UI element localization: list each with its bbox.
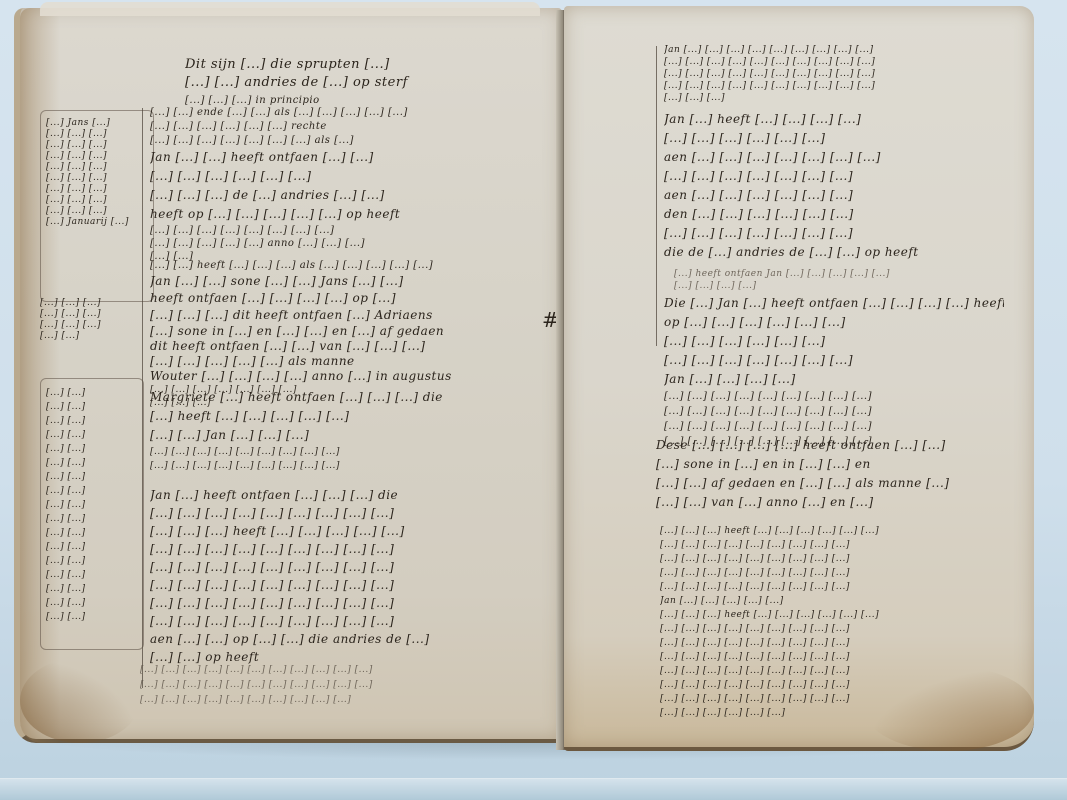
margin-note-mid: [...] [...] [...] [...] [...] [...] [...… — [40, 298, 140, 342]
text-line: [...] [...] af gedaen en [...] [...] als… — [656, 474, 996, 493]
text-line: [...] [...] [...] [...] [...] [...] [...… — [660, 650, 1020, 664]
text-line: dit heeft ontfaen [...] [...] van [...] … — [150, 339, 570, 354]
text-line: [...] [...] [...] [...] [...] [...] [...… — [664, 80, 1024, 92]
text-line: [...] [...] [...] [...] [...] [...] [...… — [150, 224, 545, 237]
text-line: [...] [...] — [40, 331, 140, 342]
text-line: [...] [...] — [46, 512, 138, 526]
text-line: op [...] [...] [...] [...] [...] [...] — [664, 313, 1004, 332]
text-line: Wouter [...] [...] [...] [...] anno [...… — [150, 369, 570, 384]
text-line: Jan [...] [...] [...] [...] [...] — [660, 594, 1020, 608]
right-top-notes: Jan [...] [...] [...] [...] [...] [...] … — [664, 44, 1024, 104]
right-entry-2: Die [...] Jan [...] heeft ontfaen [...] … — [664, 294, 1004, 449]
text-line: Die [...] Jan [...] heeft ontfaen [...] … — [664, 294, 1004, 313]
text-line: [...] Jans [...] — [46, 118, 146, 129]
text-line: [...] [...] [...] [...] [...] [...] [...… — [150, 134, 545, 148]
text-line: [...] [...] [...] — [46, 151, 146, 162]
text-line: [...] [...] [...] [...] [...] als manne — [150, 354, 570, 369]
paper-stain — [20, 658, 140, 743]
margin-notes-top: [...] Jans [...] [...] [...] [...] [...]… — [46, 118, 146, 228]
text-line: Dese [...] [...] [...] [...] heeft ontfa… — [656, 436, 996, 455]
text-line: Jan [...] [...] sone [...] [...] Jans [.… — [150, 273, 570, 290]
text-line: [...] [...] [...] — [46, 195, 146, 206]
text-line: heeft ontfaen [...] [...] [...] [...] op… — [150, 290, 570, 307]
text-line: aen [...] [...] [...] [...] [...] [...] — [664, 186, 1004, 205]
text-line: aen [...] [...] op [...] [...] die andri… — [150, 630, 570, 648]
text-line: [...] [...] [...] [...] [...] [...] [...… — [150, 576, 570, 594]
right-entry-3: Dese [...] [...] [...] [...] heeft ontfa… — [656, 436, 996, 512]
text-line: [...] [...] [...] [...] [...] [...] rech… — [150, 120, 545, 134]
text-line: [...] [...] [...] de [...] andries [...]… — [150, 186, 545, 205]
text-line: [...] [...] [...] [...] [...] [...] [...… — [664, 419, 1004, 434]
text-line: [...] [...] [...] [...] [...] [...] [...… — [140, 678, 560, 693]
text-line: [...] [...] [...] [...] [...] [...] [...… — [150, 612, 570, 630]
text-line: [...] [...] ende [...] [...] als [...] [… — [150, 106, 545, 120]
text-line: [...] [...] [...] [...] [...] [...] [...… — [140, 693, 560, 708]
torn-page-edge — [40, 2, 540, 16]
text-line: [...] [...] [...] [...] — [674, 280, 994, 292]
text-line: [...] [...] [...] [...] [...] [...] — [664, 129, 1004, 148]
text-line: [...] [...] — [46, 484, 138, 498]
text-line: [...] [...] [...] — [46, 140, 146, 151]
text-line: [...] [...] [...] [...] [...] [...] [...… — [150, 504, 570, 522]
right-margin-rule — [656, 46, 657, 346]
text-line: Jan [...] [...] heeft ontfaen [...] [...… — [150, 148, 545, 167]
text-line: [...] [...] — [46, 540, 138, 554]
text-line: [...] [...] [...] — [40, 320, 140, 331]
text-line: [...] [...] [...] [...] [...] [...] [...… — [660, 566, 1020, 580]
text-line: [...] [...] — [46, 470, 138, 484]
text-line: [...] [...] [...] — [46, 206, 146, 217]
text-line: [...] [...] van [...] anno [...] en [...… — [656, 493, 996, 512]
text-line: [...] [...] [...] — [40, 309, 140, 320]
text-line: [...] [...] [...] [...] [...] [...] [...… — [150, 445, 550, 459]
text-line: [...] [...] [...] [...] [...] [...] [...… — [150, 540, 570, 558]
text-line: [...] [...] [...] — [40, 298, 140, 309]
text-line: [...] [...] [...] [...] [...] [...] [...… — [664, 68, 1024, 80]
text-line: [...] [...] — [46, 456, 138, 470]
text-line: [...] [...] [...] [...] [...] [...] [...… — [664, 167, 1004, 186]
text-line: [...] heeft ontfaen Jan [...] [...] [...… — [674, 268, 994, 280]
text-line: Jan [...] [...] [...] [...] [...] [...] … — [664, 44, 1024, 56]
text-line: aen [...] [...] [...] [...] [...] [...] … — [664, 148, 1004, 167]
text-line: [...] [...] — [46, 582, 138, 596]
text-line: [...] [...] — [46, 400, 138, 414]
text-line: [...] [...] [...] [...] [...] [...] [...… — [660, 678, 1020, 692]
text-line: [...] [...] Jan [...] [...] [...] — [150, 426, 550, 445]
text-line: [...] [...] — [46, 498, 138, 512]
text-line: [...] [...] — [46, 554, 138, 568]
left-entry-4: Jan [...] heeft ontfaen [...] [...] [...… — [150, 486, 570, 666]
text-line: [...] [...] [...] — [46, 173, 146, 184]
text-line: [...] [...] — [46, 428, 138, 442]
text-line: [...] [...] [...] [...] [...] [...] — [150, 167, 545, 186]
text-line: Jan [...] heeft ontfaen [...] [...] [...… — [150, 486, 570, 504]
text-line: [...] [...] — [46, 386, 138, 400]
text-line: [...] [...] [...] [...] [...] [...] [...… — [664, 389, 1004, 404]
margin-notes-lower: [...] [...] [...] [...] [...] [...] [...… — [46, 386, 138, 624]
text-line: [...] [...] [...] [...] [...] [...] [...… — [660, 538, 1020, 552]
left-entry-1: [...] [...] ende [...] [...] als [...] [… — [150, 106, 545, 263]
text-line: [...] [...] — [46, 442, 138, 456]
right-entry-4: [...] [...] [...] heeft [...] [...] [...… — [660, 524, 1020, 720]
left-heading: Dit sijn [...] die sprupten [...] [...] … — [185, 56, 415, 110]
text-line: heeft op [...] [...] [...] [...] [...] o… — [150, 205, 545, 224]
text-line: [...] sone in [...] en [...] [...] en [.… — [150, 324, 570, 339]
text-line: [...] Januarij [...] — [46, 217, 146, 228]
text-line: [...] [...] [...] [...] [...] anno [...]… — [150, 237, 545, 250]
text-line: [...] [...] [...] [...] [...] [...] [...… — [660, 622, 1020, 636]
text-line: [...] [...] — [46, 610, 138, 624]
text-line: [...] heeft [...] [...] [...] [...] [...… — [150, 407, 550, 426]
text-line: [...] [...] [...] — [46, 184, 146, 195]
text-line: [...] [...] [...] [...] [...] [...] — [660, 706, 1020, 720]
text-line: den [...] [...] [...] [...] [...] [...] — [664, 205, 1004, 224]
right-entry-1: Jan [...] heeft [...] [...] [...] [...] … — [664, 110, 1004, 262]
text-line: [...] [...] [...] heeft [...] [...] [...… — [150, 522, 570, 540]
text-line: die de [...] andries de [...] [...] op h… — [664, 243, 1004, 262]
text-line: [...] [...] [...] — [664, 92, 1024, 104]
left-entry-3: Margriete [...] heeft ontfaen [...] [...… — [150, 388, 550, 473]
text-line: [...] [...] — [46, 414, 138, 428]
text-line: [...] [...] [...] [...] [...] [...] [...… — [660, 636, 1020, 650]
right-note-1: [...] heeft ontfaen Jan [...] [...] [...… — [674, 268, 994, 292]
text-line: Jan [...] [...] [...] [...] — [664, 370, 1004, 389]
display-glass-edge — [0, 778, 1067, 800]
text-line: [...] [...] [...] [...] [...] [...] [...… — [664, 56, 1024, 68]
left-page: Dit sijn [...] die sprupten [...] [...] … — [14, 8, 562, 743]
text-line: [...] [...] [...] heeft [...] [...] [...… — [660, 608, 1020, 622]
text-line: [...] [...] [...] — [46, 162, 146, 173]
text-line: [...] [...] [...] [...] [...] [...] [...… — [660, 664, 1020, 678]
text-line: [...] [...] [...] [...] [...] [...] [...… — [150, 594, 570, 612]
text-line: [...] [...] [...] [...] [...] [...] — [664, 332, 1004, 351]
text-line: [...] [...] [...] [...] [...] [...] [...… — [660, 552, 1020, 566]
text-line: [...] [...] [...] heeft [...] [...] [...… — [660, 524, 1020, 538]
text-line: [...] [...] — [46, 526, 138, 540]
text-line: Jan [...] heeft [...] [...] [...] [...] — [664, 110, 1004, 129]
text-line: [...] [...] [...] dit heeft ontfaen [...… — [150, 307, 570, 324]
text-line: [...] [...] [...] [...] [...] [...] [...… — [140, 663, 560, 678]
left-footer-notes: [...] [...] [...] [...] [...] [...] [...… — [140, 663, 560, 708]
text-line: [...] [...] [...] [...] [...] [...] [...… — [660, 580, 1020, 594]
text-line: [...] [...] [...] [...] [...] [...] [...… — [664, 351, 1004, 370]
right-page: Jan [...] [...] [...] [...] [...] [...] … — [564, 6, 1034, 751]
text-line: [...] [...] [...] [...] [...] [...] [...… — [664, 404, 1004, 419]
text-line: [...] [...] [...] [...] [...] [...] [...… — [660, 692, 1020, 706]
text-line: [...] [...] [...] [...] [...] [...] [...… — [150, 459, 550, 473]
text-line: [...] [...] — [46, 568, 138, 582]
text-line: [...] sone in [...] en in [...] [...] en — [656, 455, 996, 474]
text-line: Margriete [...] heeft ontfaen [...] [...… — [150, 388, 550, 407]
text-line: [...] [...] [...] — [46, 129, 146, 140]
text-line: [...] [...] — [46, 596, 138, 610]
text-line: [...] [...] [...] [...] [...] [...] [...… — [150, 558, 570, 576]
text-line: [...] [...] andries de [...] op sterf — [185, 74, 415, 92]
text-line: Dit sijn [...] die sprupten [...] — [185, 56, 415, 74]
text-line: [...] [...] heeft [...] [...] [...] als … — [150, 258, 570, 273]
text-line: [...] [...] [...] [...] [...] [...] [...… — [664, 224, 1004, 243]
